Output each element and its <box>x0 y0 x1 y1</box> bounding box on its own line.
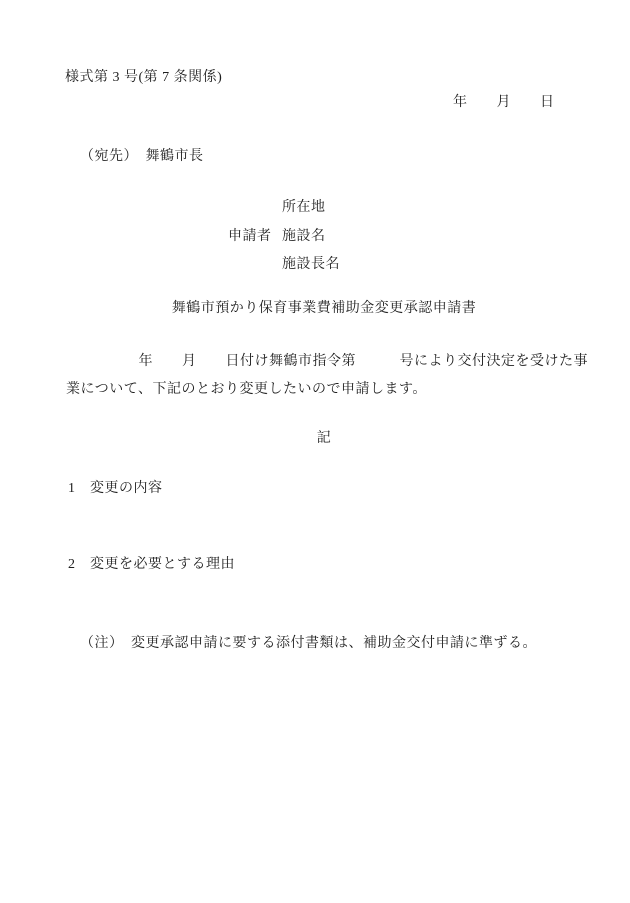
applicant-head-label: 施設長名 <box>282 257 340 273</box>
applicant-label: 申請者 <box>228 229 272 245</box>
date-line: 年 月 日 <box>453 95 555 111</box>
form-number: 様式第 3 号(第 7 条関係) <box>65 70 222 86</box>
document-page: 様式第 3 号(第 7 条関係) 年 月 日 （宛先） 舞鶴市長 所在地 申請者… <box>0 0 630 903</box>
item-1: 1 変更の内容 <box>68 481 163 497</box>
applicant-facility-label: 施設名 <box>282 229 326 245</box>
ki-marker: 記 <box>66 431 582 447</box>
item-2-number: 2 <box>68 557 76 572</box>
item-2-label: 変更を必要とする理由 <box>90 557 235 572</box>
note-line: （注） 変更承認申請に要する添付書類は、補助金交付申請に準ずる。 <box>80 636 537 652</box>
addressee-line: （宛先） 舞鶴市長 <box>80 149 204 165</box>
document-title: 舞鶴市預かり保育事業費補助金変更承認申請書 <box>66 301 582 317</box>
applicant-address-label: 所在地 <box>282 200 326 216</box>
body-paragraph-line1: 年 月 日付け舞鶴市指令第 号により交付決定を受けた事 <box>66 354 588 370</box>
item-1-number: 1 <box>68 481 76 496</box>
item-2-gap <box>76 557 91 572</box>
body-paragraph-line2: 業について、下記のとおり変更したいので申請します。 <box>66 382 427 398</box>
item-1-label: 変更の内容 <box>90 481 163 496</box>
item-1-gap <box>76 481 91 496</box>
item-2: 2 変更を必要とする理由 <box>68 557 235 573</box>
